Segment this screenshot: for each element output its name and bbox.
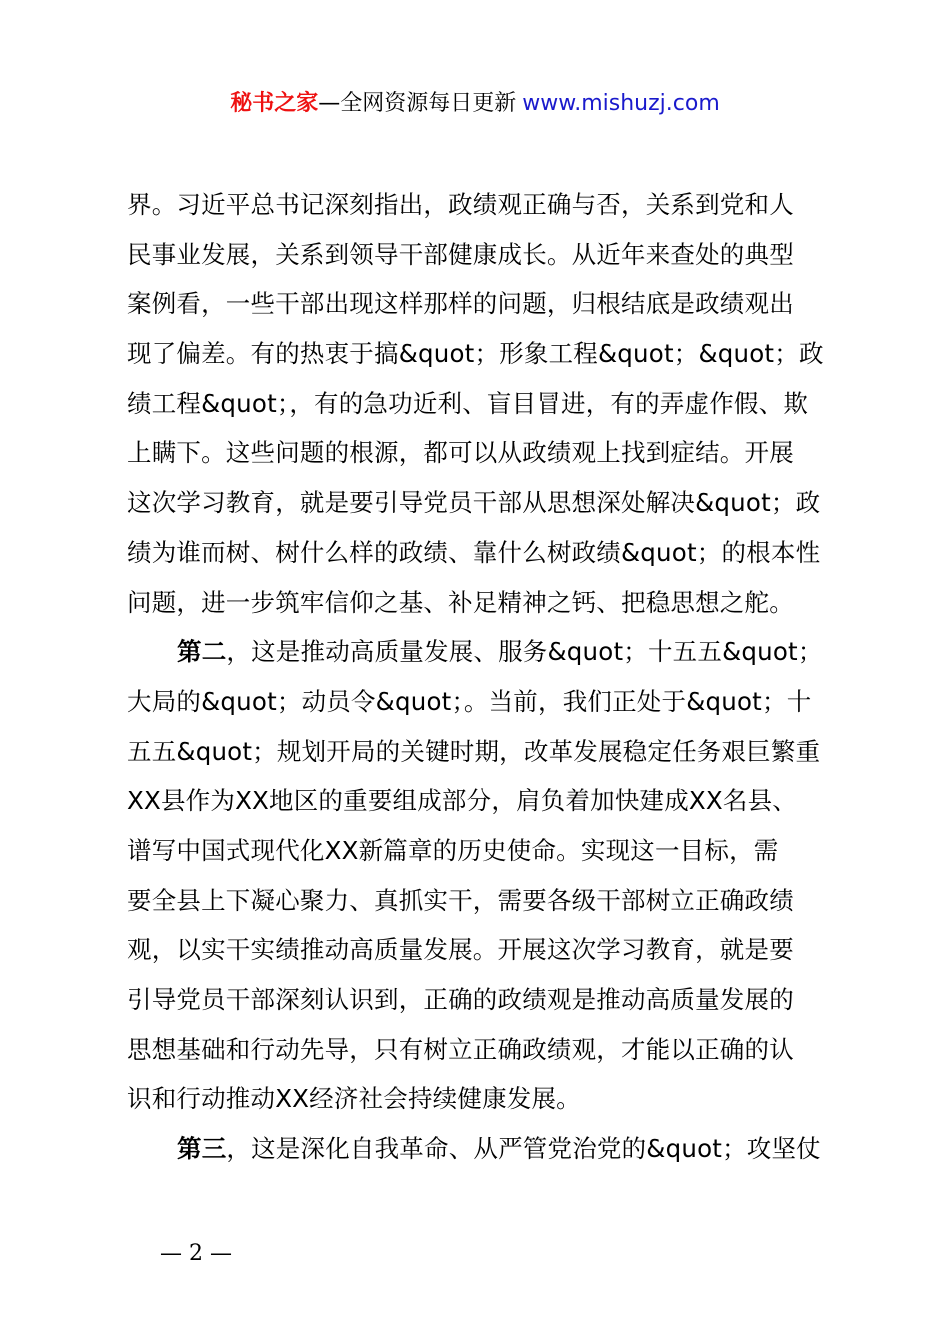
text-line: 界。习近平总书记深刻指出，政绩观正确与否，关系到党和人	[127, 180, 837, 230]
header-tagline: —全网资源每日更新	[318, 91, 516, 116]
text-line: 现了偏差。有的热衷于搞&quot；形象工程&quot；&quot；政	[127, 329, 837, 379]
text-line: 观，以实干实绩推动高质量发展。开展这次学习教育，就是要	[127, 925, 837, 975]
text-line: XX县作为XX地区的重要组成部分，肩负着加快建成XX名县、	[127, 776, 837, 826]
text-line: 谱写中国式现代化XX新篇章的历史使命。实现这一目标，需	[127, 826, 837, 876]
page-number: — 2 —	[160, 1238, 232, 1270]
document-body: 界。习近平总书记深刻指出，政绩观正确与否，关系到党和人 民事业发展，关系到领导干…	[127, 180, 837, 1174]
site-url-link[interactable]: www.mishuzj.com	[522, 91, 719, 116]
text-line: 要全县上下凝心聚力、真抓实干，需要各级干部树立正确政绩	[127, 876, 837, 926]
text-run: ，这是推动高质量发展、服务&quot；十五五&quot；	[226, 637, 822, 666]
text-line: 引导党员干部深刻认识到，正确的政绩观是推动高质量发展的	[127, 975, 837, 1025]
text-line: 上瞒下。这些问题的根源，都可以从政绩观上找到症结。开展	[127, 428, 837, 478]
section-marker-third: 第三	[177, 1134, 226, 1163]
text-line: 大局的&quot；动员令&quot；。当前，我们正处于&quot；十	[127, 677, 837, 727]
paragraph-second-start: 第二，这是推动高质量发展、服务&quot；十五五&quot；	[127, 627, 837, 677]
site-watermark-header: 秘书之家—全网资源每日更新www.mishuzj.com	[0, 86, 950, 122]
paragraph-third-start: 第三，这是深化自我革命、从严管党治党的&quot；攻坚仗	[127, 1124, 837, 1174]
text-line: 这次学习教育，就是要引导党员干部从思想深处解决&quot；政	[127, 478, 837, 528]
text-run: ，这是深化自我革命、从严管党治党的&quot；攻坚仗	[226, 1134, 820, 1163]
section-marker-second: 第二	[177, 637, 226, 666]
text-line: 绩为谁而树、树什么样的政绩、靠什么树政绩&quot；的根本性	[127, 528, 837, 578]
text-line: 绩工程&quot；，有的急功近利、盲目冒进，有的弄虚作假、欺	[127, 379, 837, 429]
text-line: 五五&quot；规划开局的关键时期，改革发展稳定任务艰巨繁重	[127, 727, 837, 777]
text-line: 思想基础和行动先导，只有树立正确政绩观，才能以正确的认	[127, 1025, 837, 1075]
text-line: 问题，进一步筑牢信仰之基、补足精神之钙、把稳思想之舵。	[127, 578, 837, 628]
text-line: 识和行动推动XX经济社会持续健康发展。	[127, 1074, 837, 1124]
text-line: 案例看，一些干部出现这样那样的问题，归根结底是政绩观出	[127, 279, 837, 329]
brand-name: 秘书之家	[230, 91, 318, 116]
text-line: 民事业发展，关系到领导干部健康成长。从近年来查处的典型	[127, 230, 837, 280]
